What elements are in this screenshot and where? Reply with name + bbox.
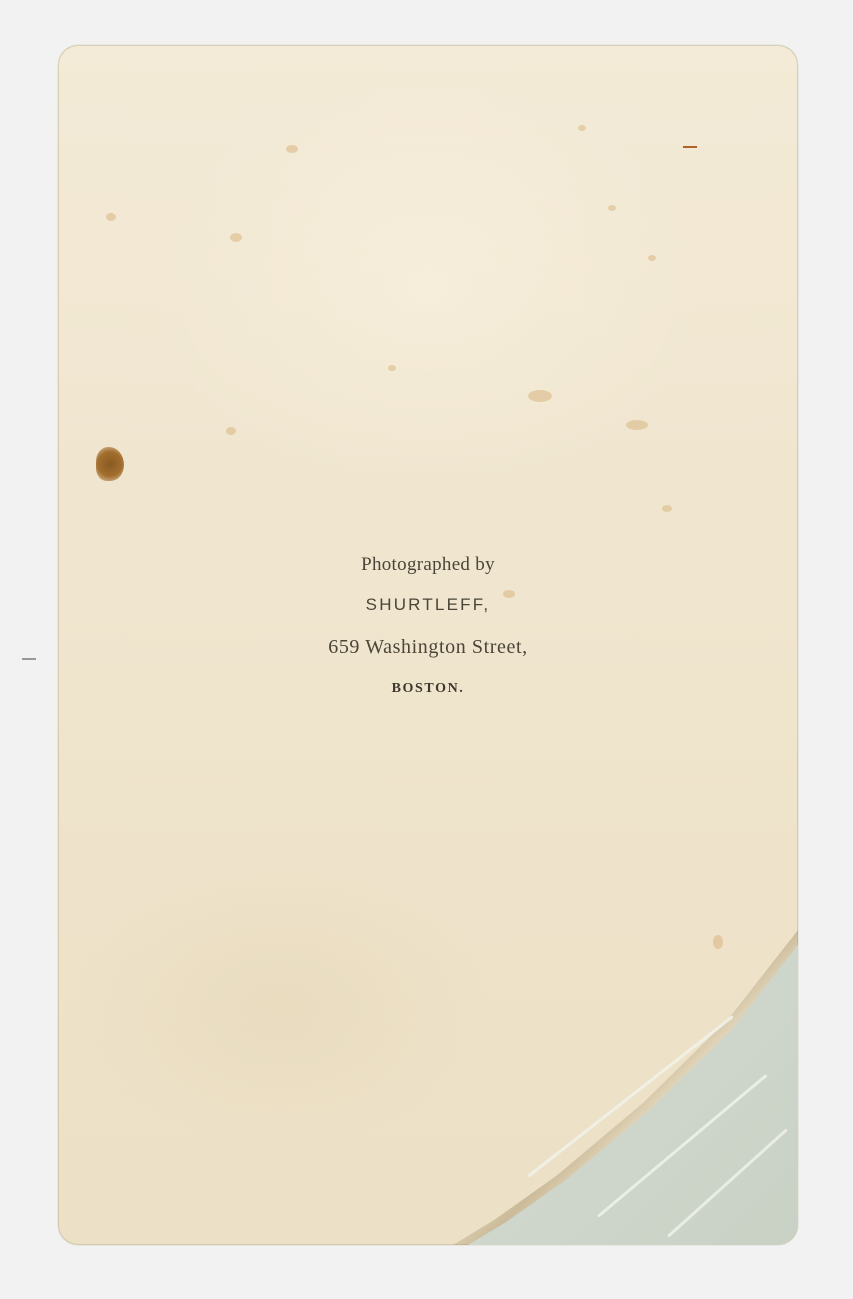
foxing-spot <box>662 505 672 512</box>
foxing-spot <box>230 233 242 242</box>
foxing-spot <box>226 427 236 435</box>
rust-stain <box>96 447 124 481</box>
imprint-address: 659 Washington Street, <box>58 637 798 657</box>
imprint-photographed-by: Photographed by <box>58 555 798 575</box>
foxing-spot <box>713 935 723 949</box>
edge-nick <box>683 146 697 148</box>
scan-mark-left <box>22 658 36 660</box>
photo-card-back: Photographed by SHURTLEFF, 659 Washingto… <box>58 45 798 1245</box>
foxing-spot <box>608 205 616 211</box>
foxing-spot <box>106 213 116 221</box>
foxing-spot <box>626 420 648 430</box>
foxing-spot <box>388 365 396 371</box>
foxing-spot <box>528 390 552 402</box>
foxing-spot <box>286 145 298 153</box>
imprint-photographer-name: SHURTLEFF, <box>58 595 798 615</box>
foxing-spot <box>578 125 586 131</box>
imprint-city: BOSTON. <box>58 679 798 699</box>
foxing-spot <box>648 255 656 261</box>
photographer-imprint: Photographed by SHURTLEFF, 659 Washingto… <box>58 555 798 699</box>
